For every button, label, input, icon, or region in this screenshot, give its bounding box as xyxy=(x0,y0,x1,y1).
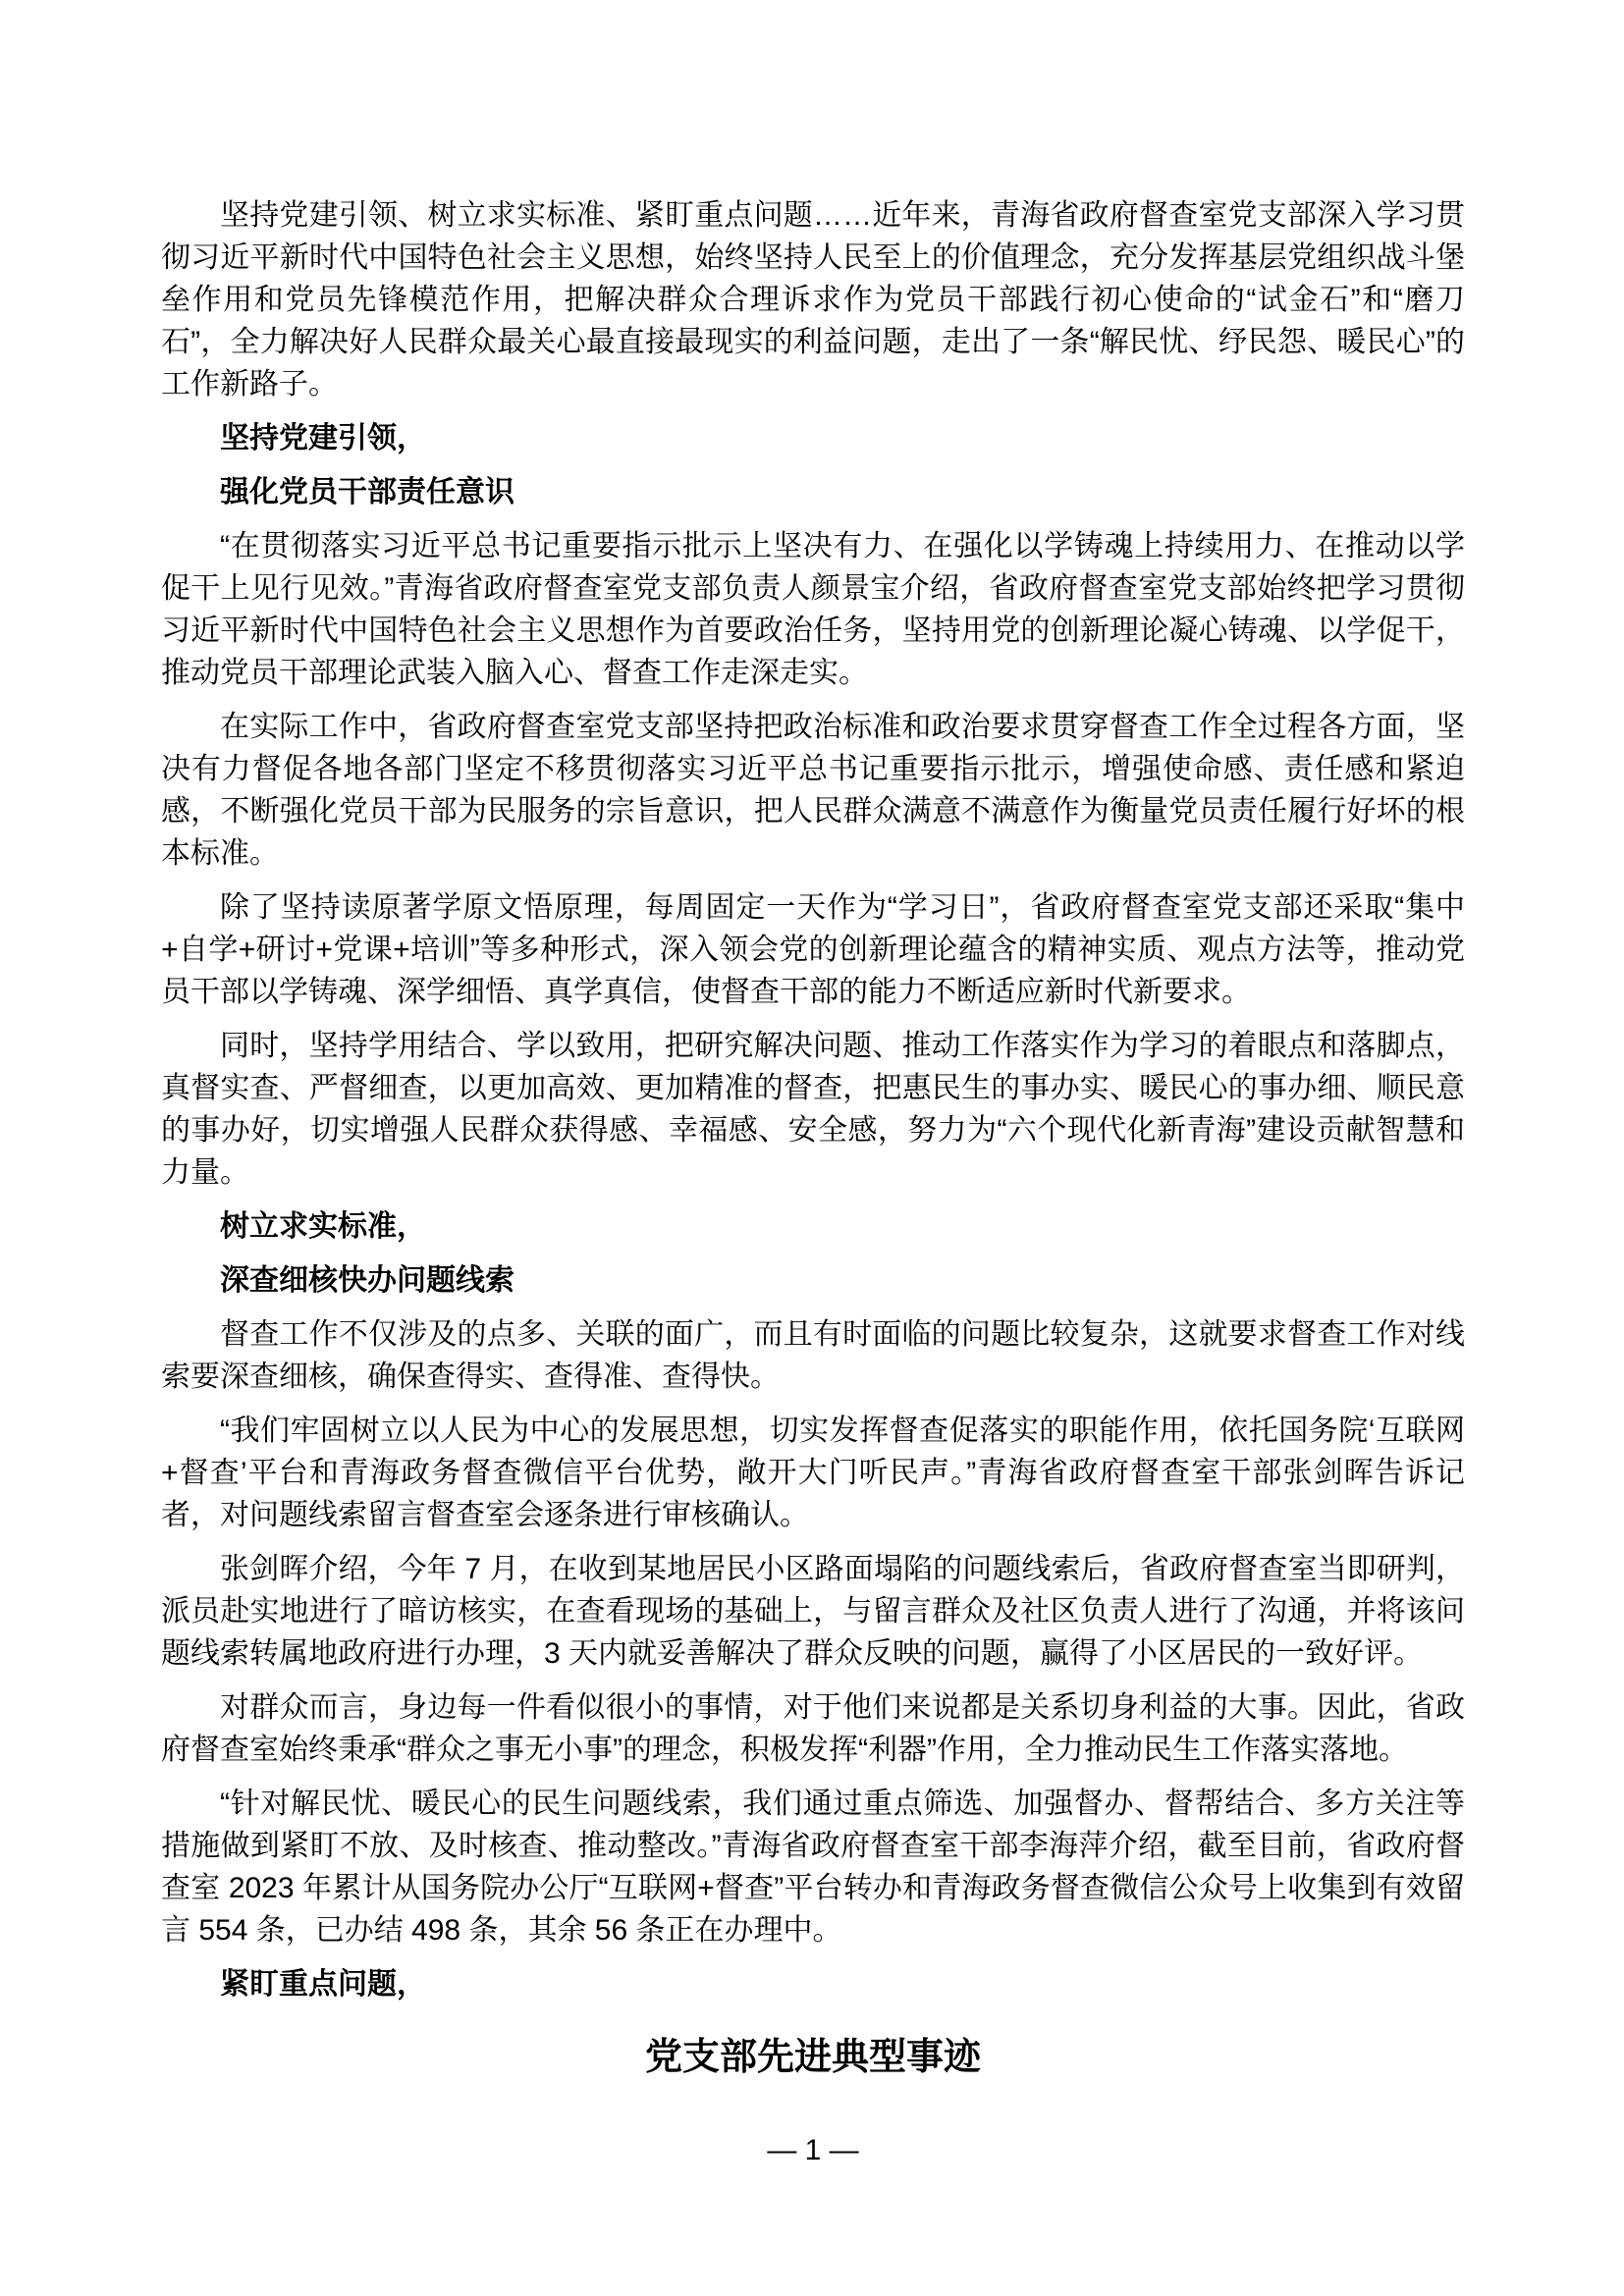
section-heading: 深查细核快办问题线索 xyxy=(161,1259,1465,1302)
paragraph: 在实际工作中，省政府督查室党支部坚持把政治标准和政治要求贯穿督查工作全过程各方面… xyxy=(161,706,1465,875)
paragraph: “在贯彻落实习近平总书记重要指示批示上坚决有力、在强化以学铸魂上持续用力、在推动… xyxy=(161,525,1465,694)
paragraph: 同时，坚持学用结合、学以致用，把研究解决问题、推动工作落实作为学习的着眼点和落脚… xyxy=(161,1025,1465,1194)
paragraph: 坚持党建引领、树立求实标准、紧盯重点问题……近年来，青海省政府督查室党支部深入学… xyxy=(161,194,1465,405)
paragraph: 对群众而言，身边每一件看似很小的事情，对于他们来说都是关系切身利益的大事。因此，… xyxy=(161,1686,1465,1771)
section-heading: 坚持党建引领， xyxy=(161,417,1465,459)
page-number: — 1 — xyxy=(161,2129,1465,2171)
article-title: 党支部先进典型事迹 xyxy=(161,2031,1465,2084)
paragraph: 督查工作不仅涉及的点多、关联的面广，而且有时面临的问题比较复杂，这就要求督查工作… xyxy=(161,1313,1465,1398)
paragraph: 张剑晖介绍，今年 7 月，在收到某地居民小区路面塌陷的问题线索后，省政府督查室当… xyxy=(161,1548,1465,1675)
section-heading: 树立求实标准， xyxy=(161,1205,1465,1248)
paragraph: “我们牢固树立以人民为中心的发展思想，切实发挥督查促落实的职能作用，依托国务院‘… xyxy=(161,1410,1465,1536)
paragraph: 除了坚持读原著学原文悟原理，每周固定一天作为“学习日”，省政府督查室党支部还采取… xyxy=(161,886,1465,1013)
paragraph: “针对解民忧、暖民心的民生问题线索，我们通过重点筛选、加强督办、督帮结合、多方关… xyxy=(161,1783,1465,1951)
section-heading: 紧盯重点问题， xyxy=(161,1963,1465,2005)
section-heading: 强化党员干部责任意识 xyxy=(161,471,1465,513)
document-page: 坚持党建引领、树立求实标准、紧盯重点问题……近年来，青海省政府督查室党支部深入学… xyxy=(0,0,1624,2296)
